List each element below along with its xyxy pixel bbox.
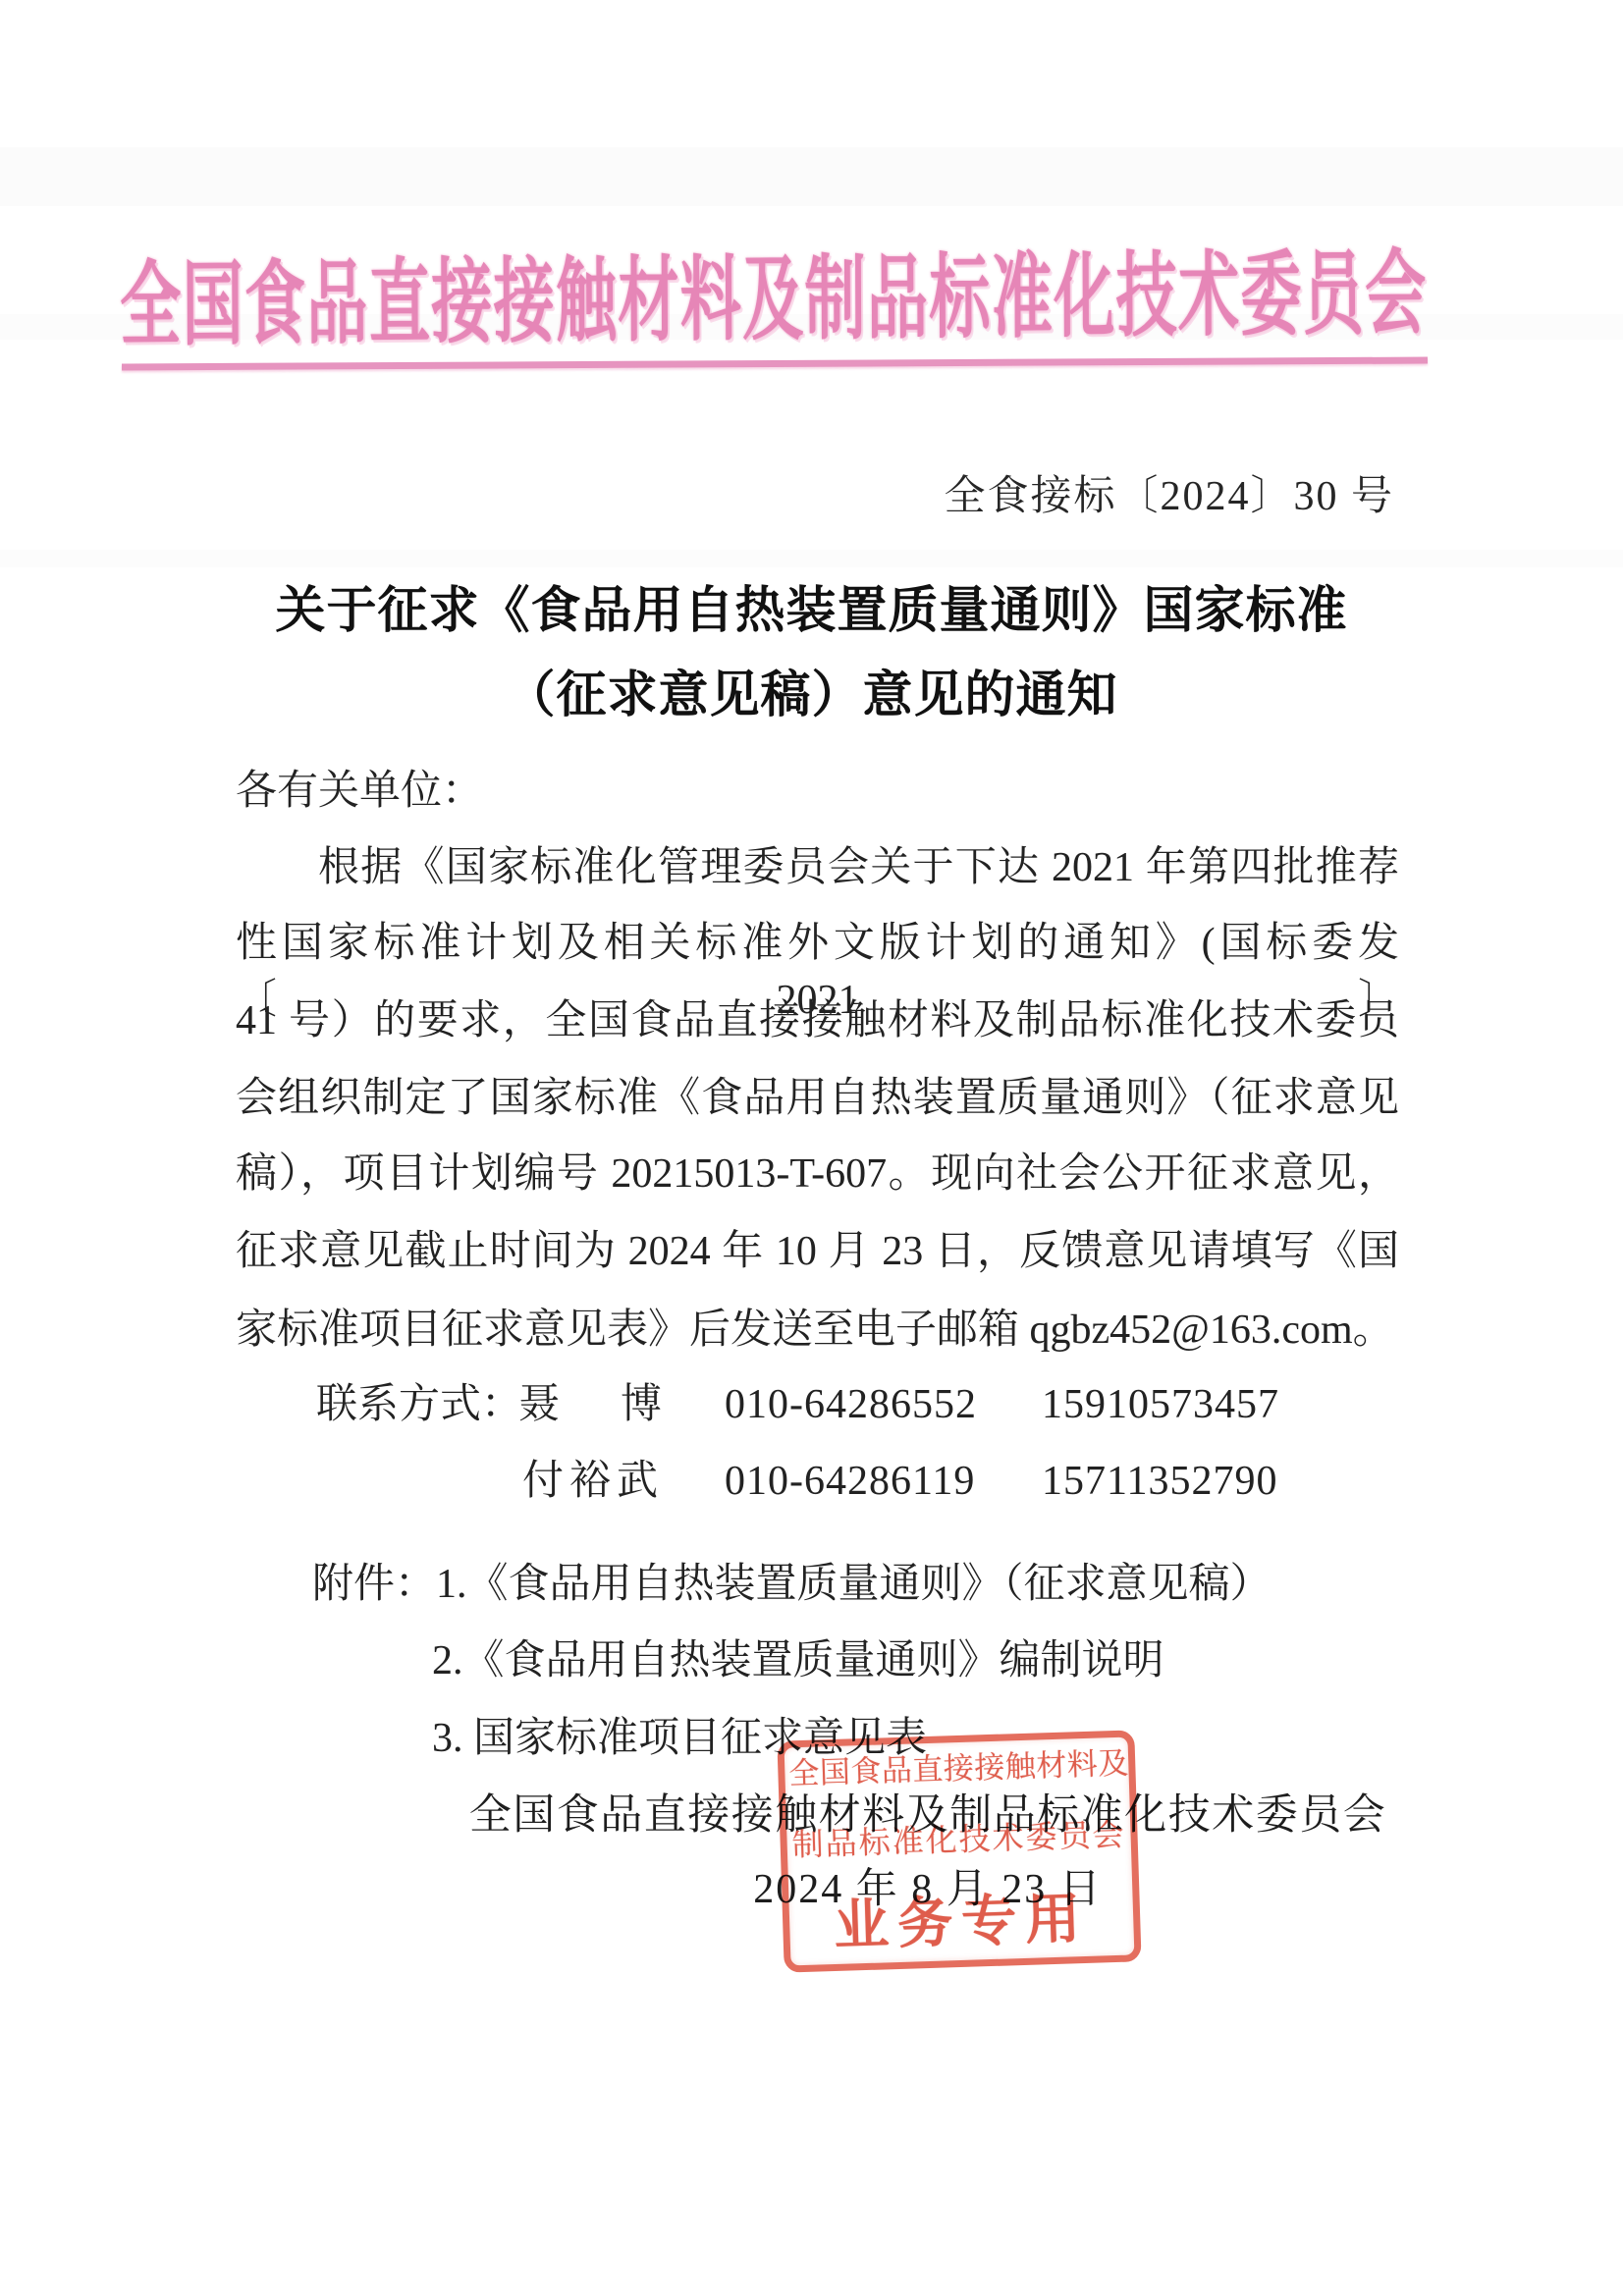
title-line-2: （征求意见稿）意见的通知 [0, 666, 1623, 726]
body-line: 稿），项目计划编号 20215013-T-607。现向社会公开征求意见， [236, 1146, 1399, 1202]
body-line: 征求意见截止时间为 2024 年 10 月 23 日，反馈意见请填写《国 [236, 1223, 1399, 1280]
doc-number: 全食接标〔2024〕30 号 [0, 469, 1394, 524]
body-line: 会组织制定了国家标准《食品用自热装置质量通则》（征求意见 [236, 1070, 1399, 1127]
attachments-label: 附件： [312, 1562, 436, 1607]
salutation: 各有关单位： [236, 763, 1399, 820]
contact-row: 联系方式： 聂 博 010-64286552 15910573457 [236, 1376, 1399, 1433]
body-line: 根据《国家标准化管理委员会关于下达 2021 年第四批推荐 [236, 839, 1399, 896]
contact-name: 付裕武 [522, 1453, 664, 1510]
contact-name: 博 [621, 1376, 662, 1433]
body-line: 41 号）的要求，全国食品直接接触材料及制品标准化技术委员 [236, 992, 1399, 1049]
stamp-text-line1: 全国食品直接接触材料及 [788, 1747, 1125, 1791]
scan-artifact-band [0, 147, 1623, 206]
body-line: 家标准项目征求意见表》后发送至电子邮箱 qgbz452@163.com。 [236, 1302, 1399, 1359]
org-header-stamp: 全国食品直接接触材料及制品标准化技术委员会 [120, 241, 1427, 421]
attachment-text: 2.《食品用自热装置质量通则》编制说明 [432, 1638, 1164, 1683]
stamp-text-line3: 业务专用 [792, 1889, 1130, 1958]
official-stamp: 全国食品直接接触材料及 制品标准化技术委员会 业务专用 [777, 1730, 1141, 1972]
contact-row: 付裕武 010-64286119 15711352790 [236, 1453, 1399, 1510]
attachment-item: 2.《食品用自热装置质量通则》编制说明 [236, 1632, 1623, 1689]
contact-phone: 010-64286119 [725, 1453, 975, 1510]
attachment-item: 附件：1.《食品用自热装置质量通则》（征求意见稿） [236, 1556, 1589, 1613]
contact-mobile: 15711352790 [1042, 1453, 1277, 1510]
contact-label: 联系方式： [316, 1376, 522, 1433]
title-line-1: 关于征求《食品用自热装置质量通则》国家标准 [0, 581, 1623, 642]
contact-phone: 010-64286552 [725, 1376, 977, 1433]
stamp-text-line2: 制品标准化技术委员会 [790, 1817, 1127, 1863]
document-page: 全国食品直接接触材料及制品标准化技术委员会 全食接标〔2024〕30 号 关于征… [0, 0, 1623, 2296]
contact-name: 聂 [518, 1376, 560, 1433]
scan-artifact-band [0, 550, 1623, 567]
attachment-text: 1.《食品用自热装置质量通则》（征求意见稿） [436, 1562, 1271, 1607]
contact-mobile: 15910573457 [1042, 1376, 1279, 1433]
